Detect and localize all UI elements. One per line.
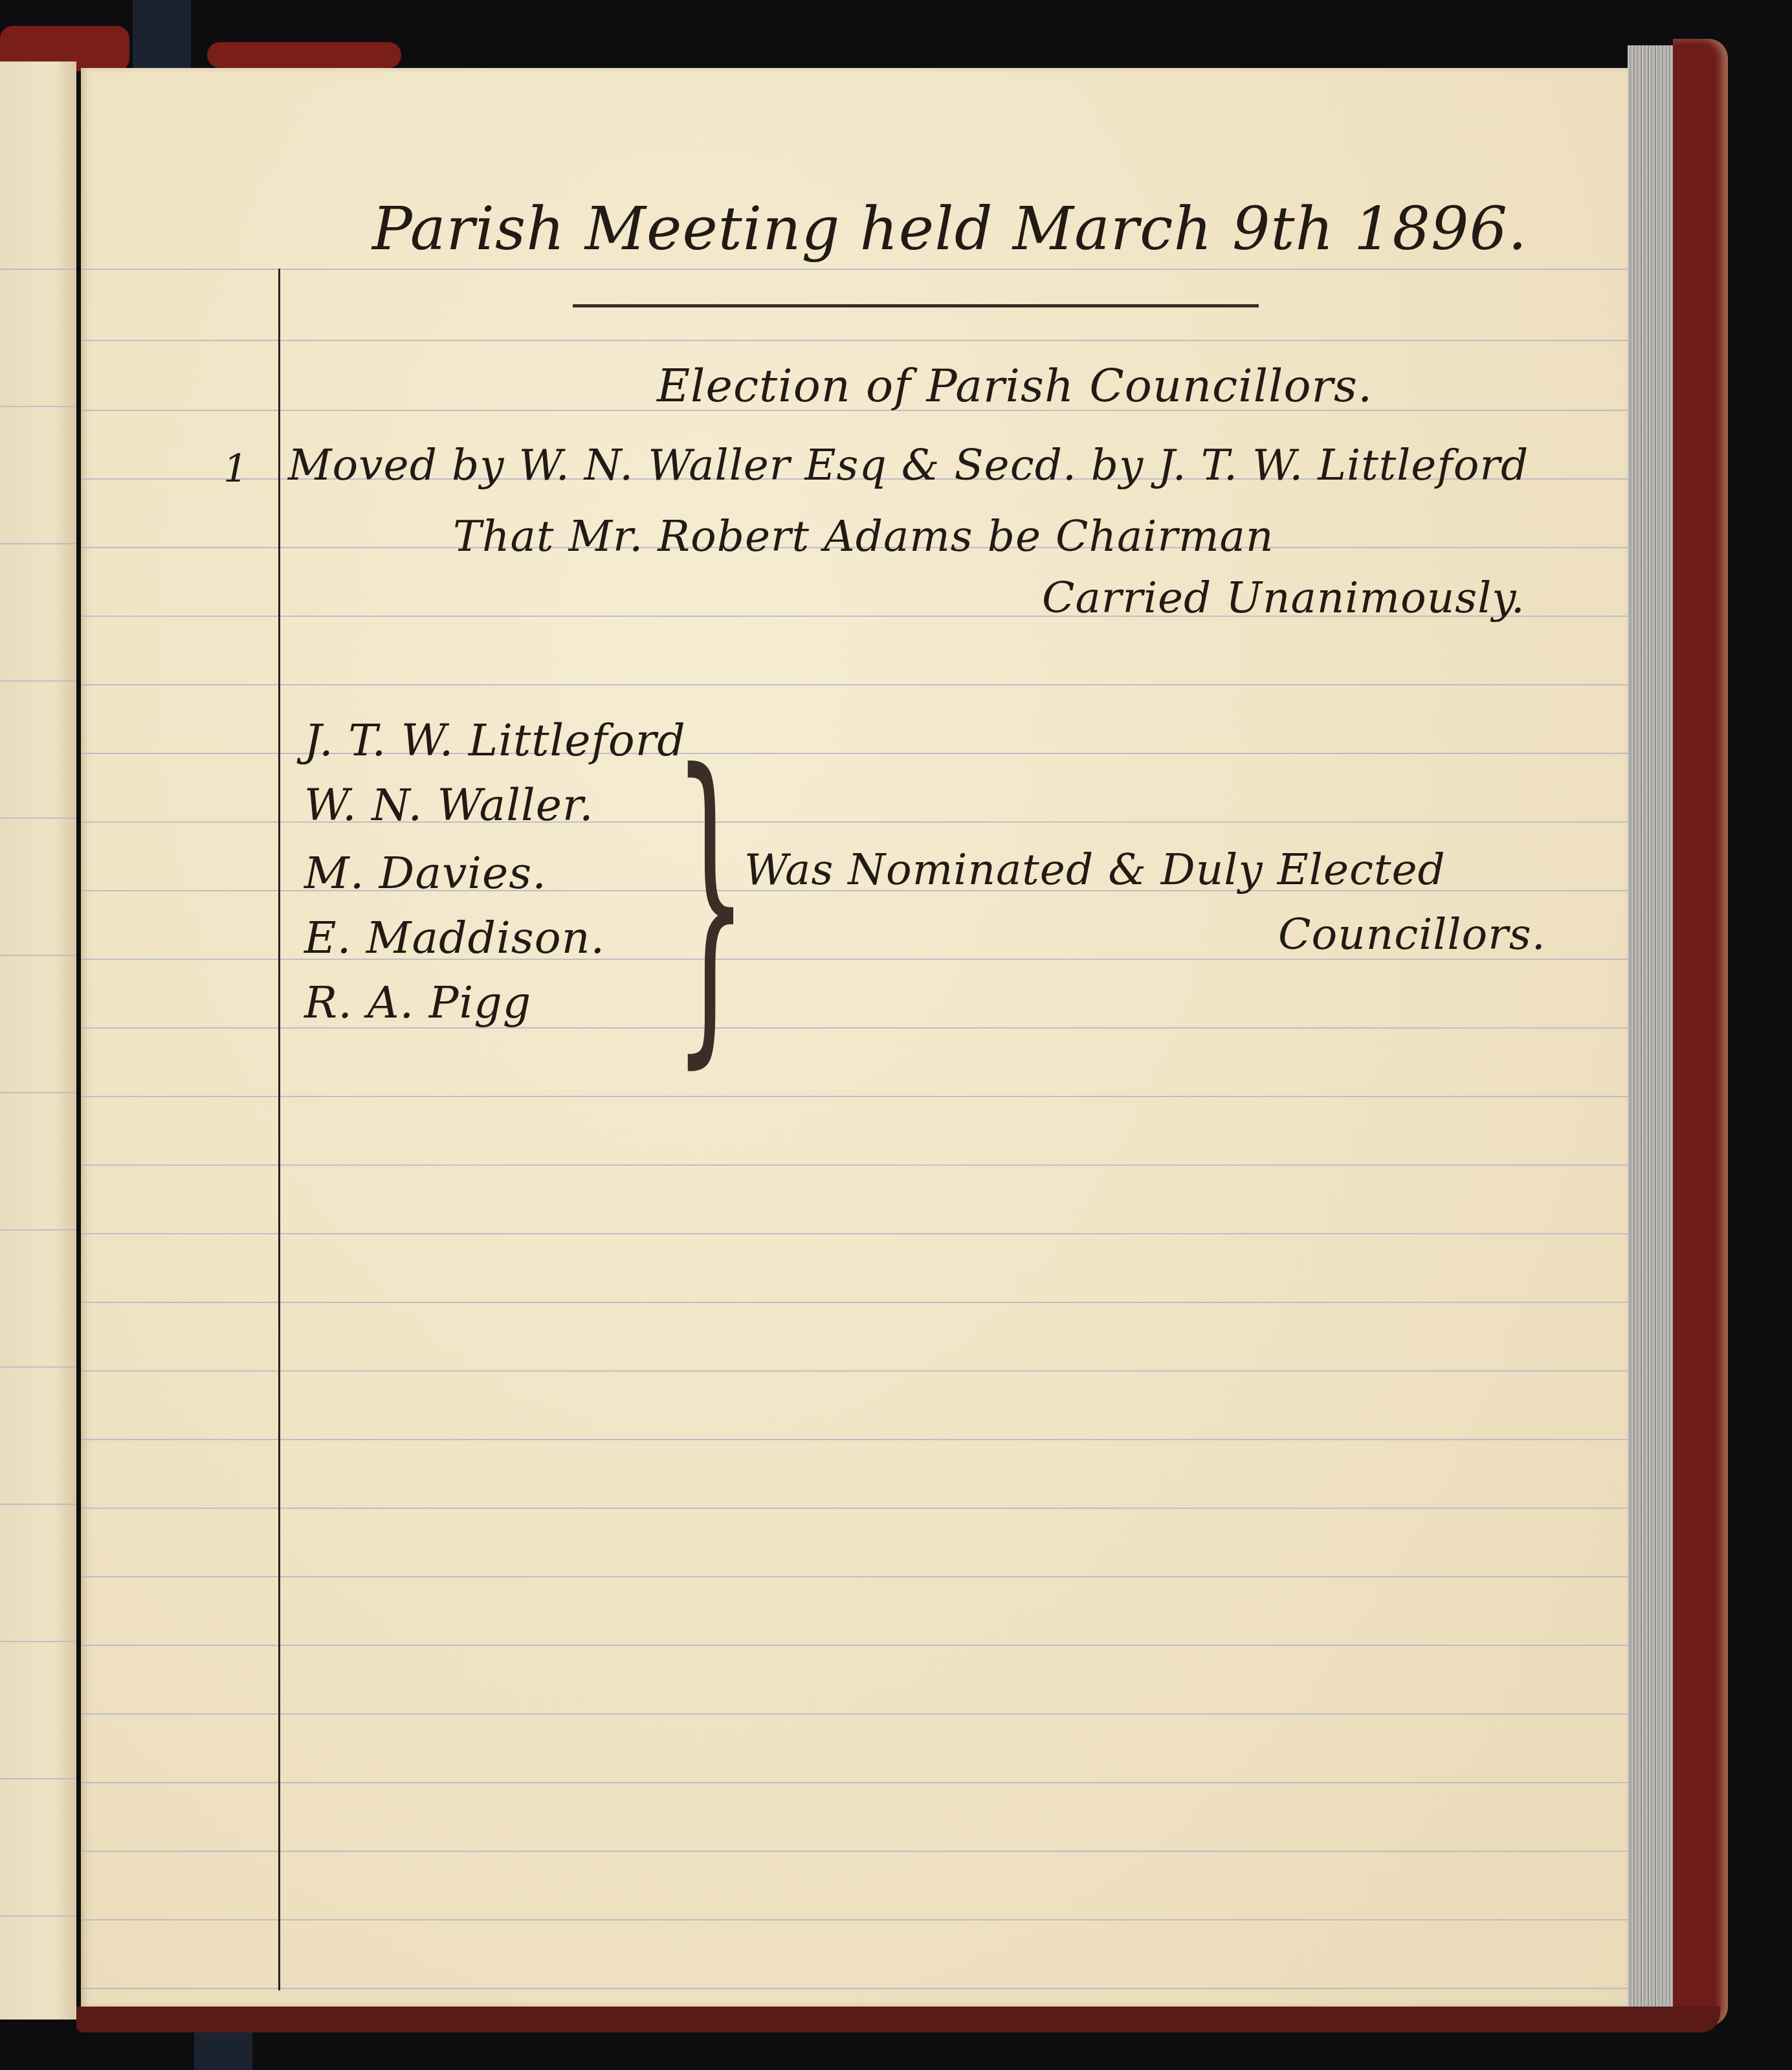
margin-line	[278, 269, 280, 1990]
item-number: 1	[223, 447, 249, 492]
councillor-name: W. N. Waller.	[304, 780, 594, 831]
motion-resolution-line: That Mr. Robert Adams be Chairman	[453, 511, 1274, 561]
grouping-brace: }	[673, 731, 748, 1068]
councillor-name: M. Davies.	[304, 848, 547, 899]
election-result-line-continued: Councillors.	[1278, 909, 1546, 959]
left-page-edge	[0, 61, 76, 2020]
councillor-name: J. T. W. Littleford	[304, 715, 686, 766]
election-result-line: Was Nominated & Duly Elected	[744, 845, 1446, 895]
motion-moved-line: Moved by W. N. Waller Esq & Secd. by J. …	[288, 440, 1529, 490]
leather-cover-bottom	[76, 2007, 1720, 2032]
councillor-name: E. Maddison.	[304, 913, 605, 964]
page-stack-edges	[1628, 45, 1673, 2007]
title-underline	[573, 304, 1259, 307]
bookmark-ribbon	[133, 0, 191, 71]
leather-cover-edge	[1673, 39, 1728, 2026]
section-heading: Election of Parish Councillors.	[657, 359, 1373, 412]
councillor-name: R. A. Pigg	[304, 977, 531, 1029]
torn-binding-top	[207, 42, 401, 68]
motion-outcome: Carried Unanimously.	[1042, 573, 1525, 623]
page-title: Parish Meeting held March 9th 1896.	[372, 194, 1527, 263]
